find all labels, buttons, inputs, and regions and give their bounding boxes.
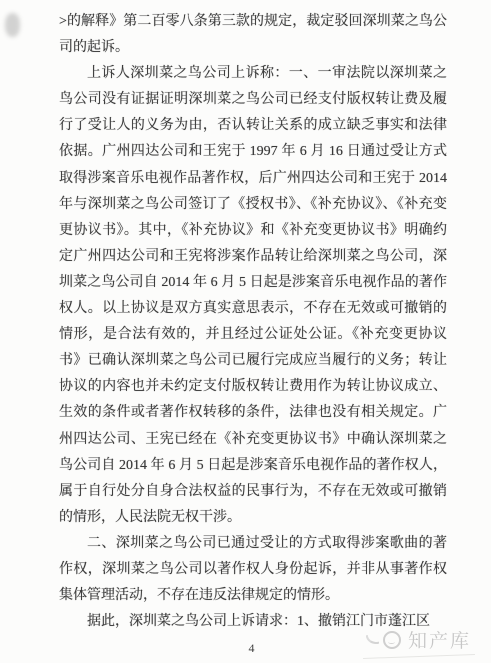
watermark-swoosh-icon xyxy=(366,633,379,647)
document-body: >的解释》第二百零八条第三款的规定，裁定驳回深圳菜之鸟公司的起诉。 上诉人深圳菜… xyxy=(59,9,447,635)
paragraph-continuation: >的解释》第二百零八条第三款的规定，裁定驳回深圳菜之鸟公司的起诉。 xyxy=(59,9,447,61)
paragraph-second-point: 二、深圳菜之鸟公司已通过受让的方式取得涉案歌曲的著作权，深圳菜之鸟公司以著作权人… xyxy=(59,531,447,609)
watermark-label: 知产库 xyxy=(408,626,471,653)
page-number: 4 xyxy=(237,641,255,655)
scan-smudge xyxy=(5,13,20,37)
paragraph-appeal-claims: 上诉人深圳菜之鸟公司上诉称：一、一审法院以深圳菜之鸟公司没有证据证明深圳菜之鸟公… xyxy=(59,61,447,531)
zhichanku-logo-icon xyxy=(383,631,401,649)
watermark: 知产库 xyxy=(366,626,471,653)
